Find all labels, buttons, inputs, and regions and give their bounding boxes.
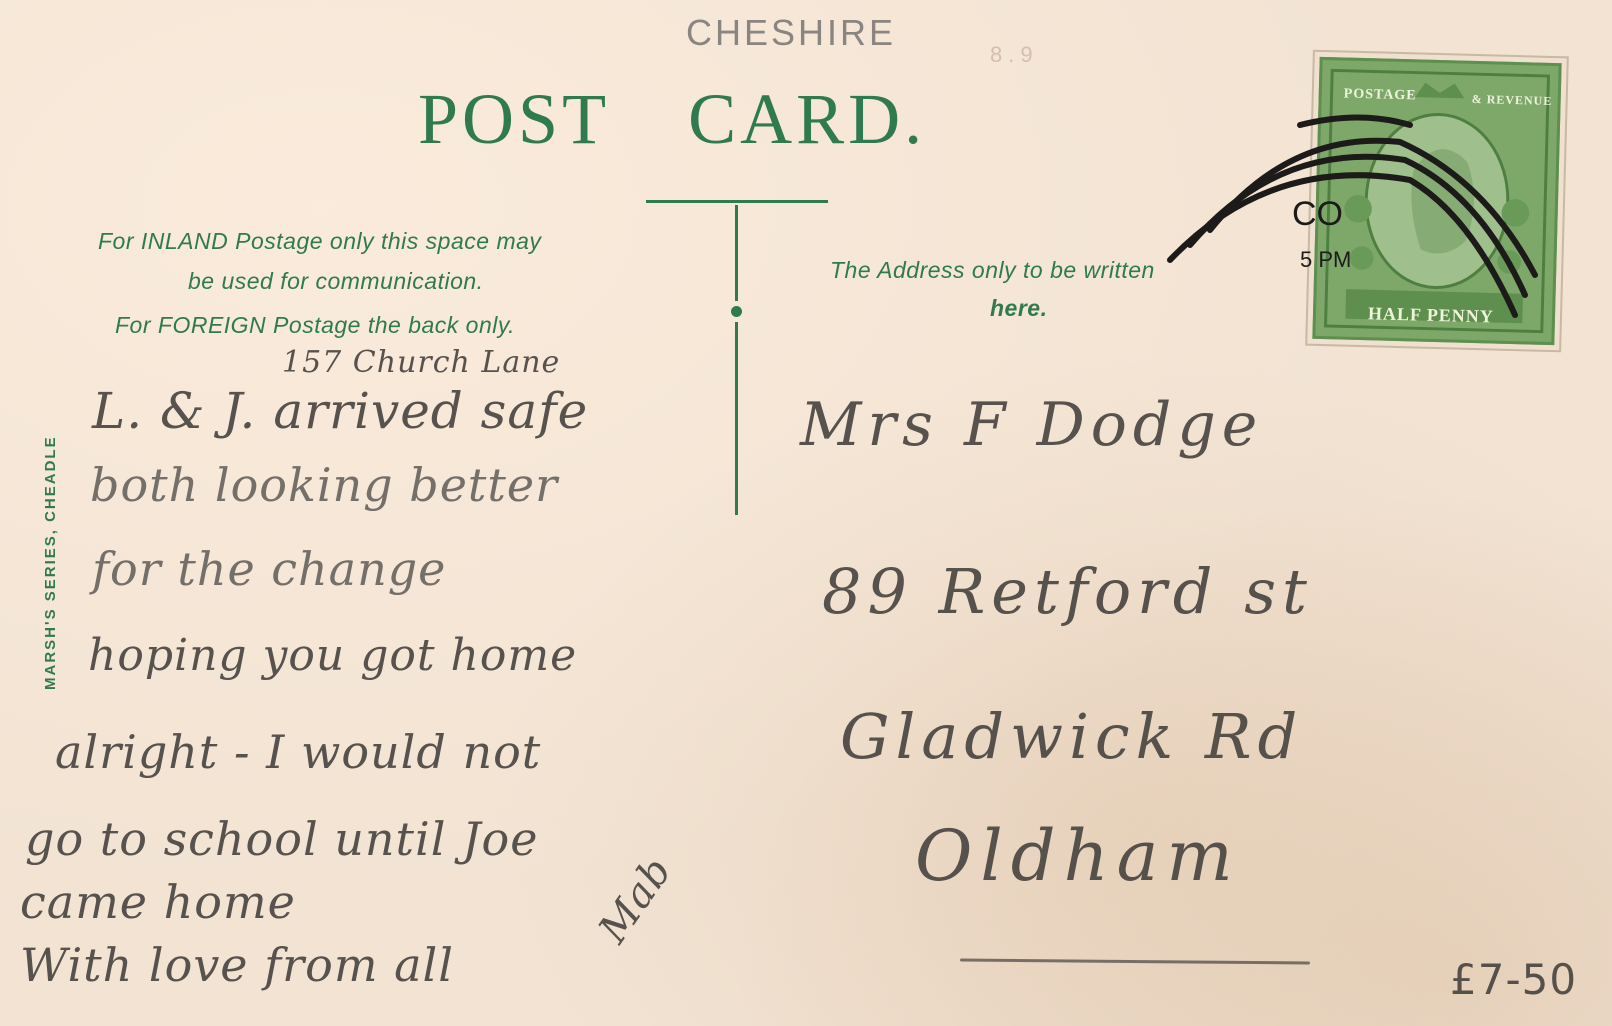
message-line: alright - I would not xyxy=(55,725,541,779)
instruction-communication: be used for communication. xyxy=(188,268,484,295)
instruction-address: The Address only to be written xyxy=(830,257,1155,284)
message-line: came home xyxy=(20,875,296,929)
price-note: £7-50 xyxy=(1450,955,1577,1004)
instruction-address-here: here. xyxy=(990,295,1047,322)
postcard-back: CHESHIRE 8.9 POSTCARD. For INLAND Postag… xyxy=(0,0,1612,1026)
sender-address: 157 Church Lane xyxy=(282,345,560,380)
archive-county-note: CHESHIRE xyxy=(686,12,896,54)
archive-number-note: 8.9 xyxy=(990,42,1039,68)
stamp-value-label: HALF PENNY xyxy=(1368,303,1494,327)
divider-dot xyxy=(731,306,742,317)
address-line-recipient: Mrs F Dodge xyxy=(800,390,1263,460)
stamp-face: POSTAGE & REVENUE HALF PENNY xyxy=(1312,57,1561,345)
address-line-road: Gladwick Rd xyxy=(840,700,1303,773)
message-line: With love from all xyxy=(20,938,454,992)
title-card: CARD. xyxy=(688,79,926,159)
message-line: L. & J. arrived safe xyxy=(92,382,588,440)
message-line: hoping you got home xyxy=(88,630,577,681)
publisher-imprint: MARSH'S SERIES, CHEADLE xyxy=(42,435,59,690)
signature: Mab xyxy=(590,848,681,951)
stamp-postage-label: POSTAGE xyxy=(1344,87,1417,105)
message-line: both looking better xyxy=(90,458,558,512)
address-line-town: Oldham xyxy=(915,815,1241,897)
message-line: for the change xyxy=(92,542,446,596)
message-line: go to school until Joe xyxy=(25,812,538,866)
address-underline xyxy=(960,958,1310,964)
address-line-street: 89 Retford st xyxy=(822,555,1313,628)
postcard-title: POSTCARD. xyxy=(418,78,926,161)
instruction-foreign: For FOREIGN Postage the back only. xyxy=(115,312,515,339)
stamp-revenue-label: & REVENUE xyxy=(1471,92,1552,109)
divider-top-bar xyxy=(646,200,828,203)
divider-vertical-upper xyxy=(735,205,738,301)
half-penny-stamp: POSTAGE & REVENUE HALF PENNY xyxy=(1304,49,1570,354)
divider-vertical-lower xyxy=(735,322,738,515)
title-post: POST xyxy=(418,79,610,159)
instruction-inland: For INLAND Postage only this space may xyxy=(98,228,541,255)
